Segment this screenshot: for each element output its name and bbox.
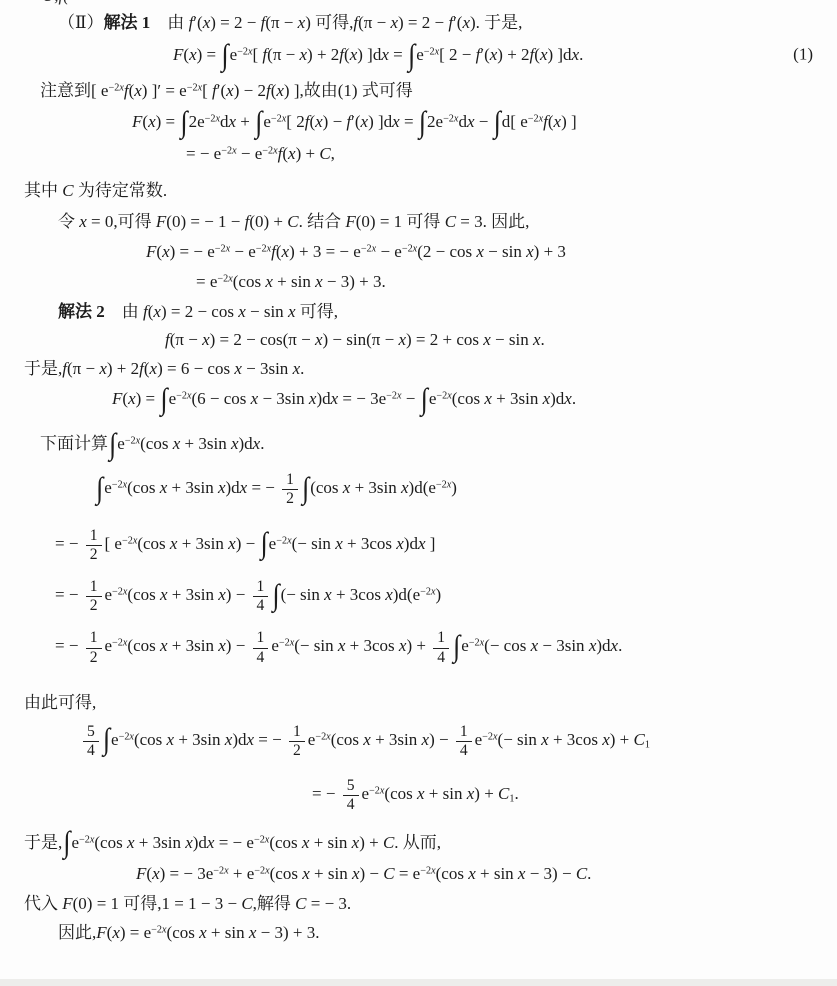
solution-heading-line: （Ⅱ）解法 1 由 f′(x) = 2 − f(π − x) 可得,f(π − …	[0, 12, 837, 35]
fraction: 12	[86, 629, 102, 665]
equation-line: F(x) = ∫e−2x(6 − cos x − 3sin x)dx = − 3…	[0, 388, 837, 411]
cut-line-text: U,f(	[42, 0, 69, 8]
equation-line: F(x) = − e−2x − e−2xf(x) + 3 = − e−2x − …	[0, 241, 837, 264]
document-page: U,f( （Ⅱ）解法 1 由 f′(x) = 2 − f(π − x) 可得,f…	[0, 0, 837, 986]
fraction: 14	[253, 629, 269, 665]
paragraph-line: 于是,f(π − x) + 2f(x) = 6 − cos x − 3sin x…	[0, 358, 837, 381]
paragraph-line: 因此,F(x) = e−2x(cos x + sin x − 3) + 3.	[0, 922, 837, 945]
equation-number: (1)	[793, 44, 813, 67]
fraction: 54	[343, 777, 359, 813]
equation-line: = − 12e−2x(cos x + 3sin x) − 14∫(− sin x…	[0, 578, 837, 614]
fraction: 12	[86, 578, 102, 614]
solution-heading-line: 解法 2 由 f(x) = 2 − cos x − sin x 可得,	[0, 301, 837, 324]
fraction: 14	[433, 629, 449, 665]
paragraph-line: 代入 F(0) = 1 可得,1 = 1 − 3 − C,解得 C = − 3.	[0, 893, 837, 916]
paragraph-line: 由此可得,	[0, 692, 837, 715]
equation-line: = − 12e−2x(cos x + 3sin x) − 14e−2x(− si…	[0, 629, 837, 665]
equation-line: ∫e−2x(cos x + 3sin x)dx = − 12∫(cos x + …	[0, 471, 837, 507]
paragraph-line: 于是,∫e−2x(cos x + 3sin x)dx = − e−2x(cos …	[0, 832, 837, 855]
equation-line: = − e−2x − e−2xf(x) + C,	[0, 143, 837, 166]
fraction: 14	[456, 723, 472, 759]
equation-line: = − 54e−2x(cos x + sin x) + C1.	[0, 777, 837, 813]
fraction: 12	[289, 723, 305, 759]
fraction: 14	[253, 578, 269, 614]
cut-line-fragment: U,f(	[0, 0, 837, 8]
equation-line: f(π − x) = 2 − cos(π − x) − sin(π − x) =…	[0, 329, 837, 352]
equation-line: 54∫e−2x(cos x + 3sin x)dx = − 12e−2x(cos…	[0, 723, 837, 759]
paragraph-line: 注意到[ e−2xf(x) ]′ = e−2x[ f′(x) − 2f(x) ]…	[0, 80, 837, 103]
paragraph-line: 令 x = 0,可得 F(0) = − 1 − f(0) + C. 结合 F(0…	[0, 211, 837, 234]
solution-text-block: （Ⅱ）解法 1 由 f′(x) = 2 − f(π − x) 可得,f(π − …	[0, 12, 837, 945]
equation-line: F(x) = − 3e−2x + e−2x(cos x + sin x) − C…	[0, 863, 837, 886]
equation-line: = e−2x(cos x + sin x − 3) + 3.	[0, 271, 837, 294]
fraction: 12	[282, 471, 298, 507]
equation-line: = − 12[ e−2x(cos x + 3sin x) − ∫e−2x(− s…	[0, 527, 837, 563]
fraction: 12	[86, 527, 102, 563]
equation-line: F(x) = ∫2e−2xdx + ∫e−2x[ 2f(x) − f′(x) ]…	[0, 111, 837, 134]
paragraph-line: 其中 C 为待定常数.	[0, 180, 837, 203]
fraction: 54	[83, 723, 99, 759]
equation-line: F(x) = ∫e−2x[ f(π − x) + 2f(x) ]dx = ∫e−…	[0, 44, 837, 67]
scan-bottom-edge	[0, 979, 837, 986]
paragraph-line: 下面计算∫e−2x(cos x + 3sin x)dx.	[0, 433, 837, 456]
